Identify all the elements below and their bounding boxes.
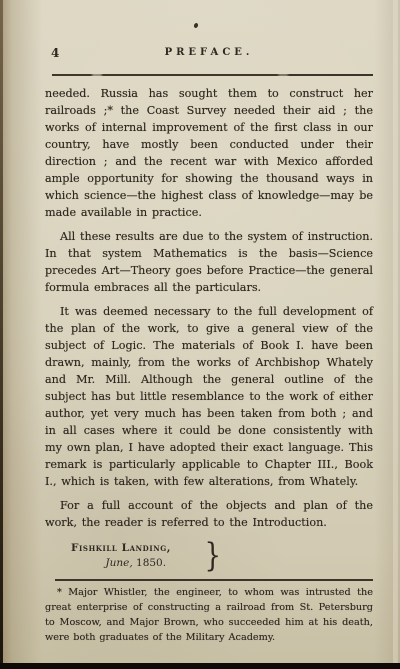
signature-block: Fishkill Landing, June, 1850. }: [71, 541, 221, 571]
signature-date: June, 1850.: [71, 556, 200, 571]
book-page: 4 PREFACE. needed. Russia has sought the…: [0, 0, 400, 669]
signature-place: Fishkill Landing,: [71, 541, 200, 556]
page-right-edge: [393, 0, 398, 663]
header-rule: [52, 74, 373, 76]
signature-brace: }: [204, 537, 221, 575]
paragraph-continuation: needed. Russia has sought them to constr…: [45, 85, 373, 221]
signature-month: June,: [105, 557, 132, 569]
page-bottom-edge: [0, 663, 400, 669]
ink-speck: [193, 22, 198, 28]
running-header-title: PREFACE.: [45, 47, 373, 58]
paragraph-introduction-note: For a full account of the objects and pl…: [45, 497, 373, 531]
page-left-edge: [0, 0, 3, 669]
paragraph-results: All these results are due to the system …: [45, 228, 373, 296]
running-header-row: 4 PREFACE.: [45, 46, 373, 60]
signature-lines: Fishkill Landing, June, 1850.: [71, 541, 200, 571]
body-text: needed. Russia has sought them to constr…: [45, 85, 373, 531]
signature-year: 1850.: [136, 557, 166, 569]
paragraph-plan-of-work: It was deemed necessary to the full deve…: [45, 303, 373, 490]
footnote-text: * Major Whistler, the engineer, to whom …: [45, 585, 373, 645]
footnote-rule: [55, 579, 373, 581]
page-content: 4 PREFACE. needed. Russia has sought the…: [45, 46, 373, 645]
